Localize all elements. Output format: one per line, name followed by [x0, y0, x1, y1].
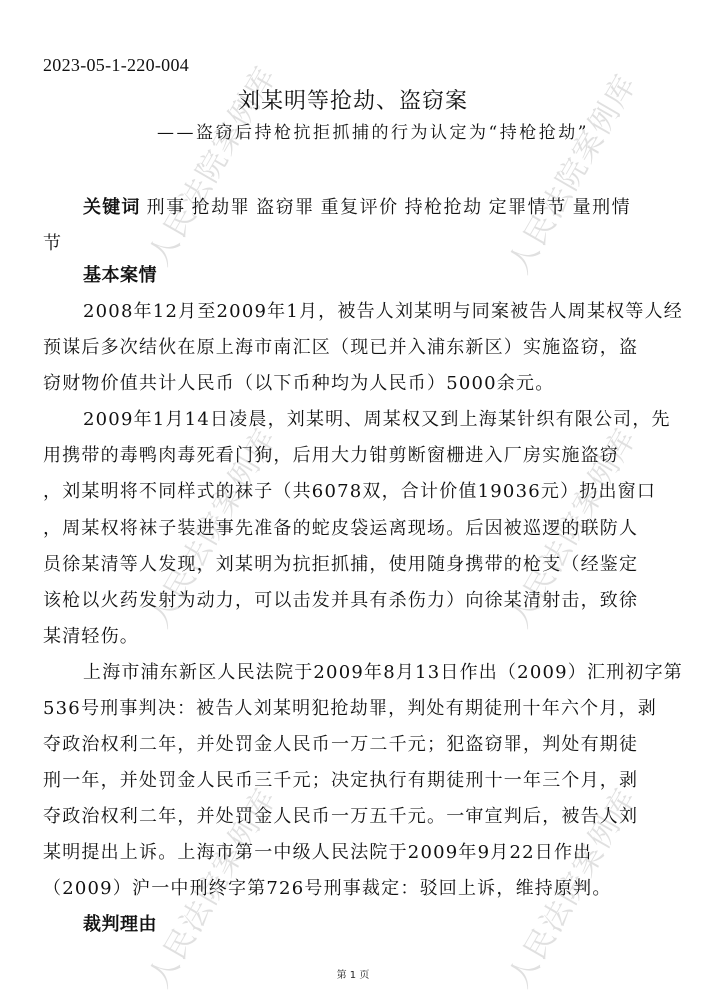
paragraph-line: 预谋后多次结伙在原上海市南汇区（现已并入浦东新区）实施盗窃，盗 — [43, 336, 638, 360]
keywords-row: 关键词刑事抢劫罪盗窃罪重复评价持枪抢劫定罪情节量刑情 — [83, 196, 631, 220]
paragraph-line: 2008年12月至2009年1月，被告人刘某明与同案被告人周某权等人经 — [83, 300, 683, 324]
section-heading-reasoning: 裁判理由 — [83, 913, 157, 937]
paragraph-line: 刑一年，并处罚金人民币三千元；决定执行有期徒刑十一年三个月，剥 — [43, 769, 638, 793]
page-number: 第 1 页 — [0, 966, 706, 981]
paragraph-line: 某明提出上诉。上海市第一中级人民法院于2009年9月22日作出 — [43, 841, 592, 865]
paragraph-line: 该枪以火药发射为动力，可以击发并具有杀伤力）向徐某清射击，致徐 — [43, 589, 638, 613]
paragraph-line: 用携带的毒鸭肉毒死看门狗，后用大力钳剪断窗栅进入厂房实施盗窃 — [43, 444, 619, 468]
keyword: 持枪抢劫 — [405, 197, 483, 218]
paragraph-line: 员徐某清等人发现，刘某明为抗拒抓捕，使用随身携带的枪支（经鉴定 — [43, 553, 638, 577]
keyword: 刑事 — [147, 197, 186, 218]
case-title: 刘某明等抢劫、盗窃案 — [0, 88, 706, 116]
case-number: 2023-05-1-220-004 — [43, 53, 189, 77]
keyword: 抢劫罪 — [192, 197, 251, 218]
keyword: 盗窃罪 — [256, 197, 315, 218]
paragraph-line: （2009）沪一中刑终字第726号刑事裁定：驳回上诉，维持原判。 — [43, 877, 612, 901]
paragraph-line: 536号刑事判决：被告人刘某明犯抢劫罪，判处有期徒刑十年六个月，剥 — [43, 697, 657, 721]
paragraph-line: 夺政治权利二年，并处罚金人民币一万五千元。一审宣判后，被告人刘 — [43, 805, 638, 829]
keywords-label: 关键词 — [83, 197, 141, 218]
keyword: 定罪情节 — [489, 197, 567, 218]
paragraph-line: 2009年1月14日凌晨，刘某明、周某权又到上海某针织有限公司，先 — [83, 408, 671, 432]
keyword: 重复评价 — [321, 197, 399, 218]
paragraph-line: 某清轻伤。 — [43, 625, 139, 649]
paragraph-line: 夺政治权利二年，并处罚金人民币一万二千元；犯盗窃罪，判处有期徒 — [43, 733, 638, 757]
section-heading-basic-facts: 基本案情 — [83, 264, 157, 288]
keyword: 量刑情 — [573, 197, 632, 218]
case-subtitle: ——盗窃后持枪抗拒抓捕的行为认定为“持枪抢劫” — [0, 121, 706, 145]
document-page: 人民法院案例库 人民法院案例库 人民法院案例库 人民法院案例库 人民法院案例库 … — [0, 0, 706, 999]
paragraph-line: 窃财物价值共计人民币（以下币种均为人民币）5000余元。 — [43, 372, 554, 396]
keywords-continuation: 节 — [43, 232, 62, 256]
paragraph-line: ，刘某明将不同样式的袜子（共6078双，合计价值19036元）扔出窗口 — [43, 480, 656, 504]
paragraph-line: ，周某权将袜子装进事先准备的蛇皮袋运离现场。后因被巡逻的联防人 — [43, 517, 638, 541]
paragraph-line: 上海市浦东新区人民法院于2009年8月13日作出（2009）汇刑初字第 — [83, 661, 683, 685]
